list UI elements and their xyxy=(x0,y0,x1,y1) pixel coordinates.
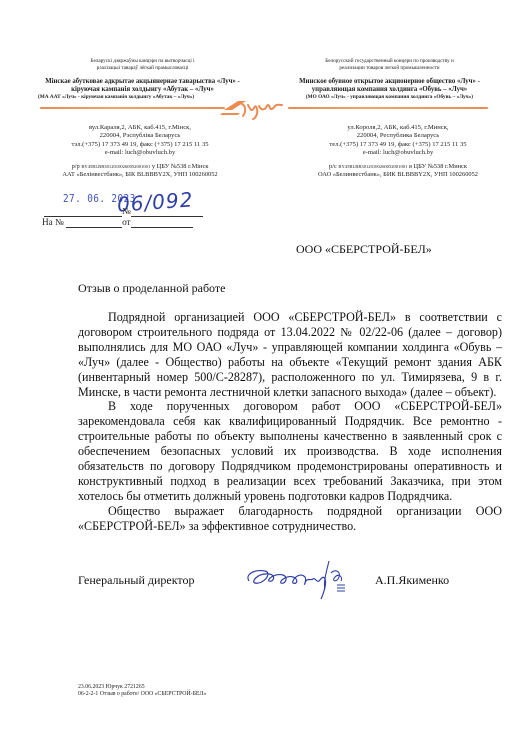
reference-row: На № от xyxy=(42,217,193,228)
address-left: вул.Караля,2, АБК, каб.415, г.Мінск, 220… xyxy=(40,124,240,179)
from-label: от xyxy=(122,217,131,227)
ministry-line-2: рэалізацыі тавараў лёгкай прамысловасці xyxy=(30,65,255,72)
signer-position: Генеральный директор xyxy=(78,573,195,588)
letterhead-right: Белорусский государственный концерн по п… xyxy=(282,58,497,101)
signer-name: А.П.Якименко xyxy=(375,573,449,588)
bank-account: BY45BLBB30120100260052001001 xyxy=(81,164,150,169)
bank-prefix: р/р xyxy=(72,163,82,170)
reg-number-row: № xyxy=(44,206,203,217)
luch-logo-icon xyxy=(220,96,290,120)
address-line: 220004, Республика Беларусь xyxy=(298,132,498,140)
letterhead-band-left xyxy=(40,107,225,109)
luch-logo xyxy=(220,96,290,120)
bank-account-line: р/р BY45BLBB30120100260052001001 у ЦБУ №… xyxy=(40,163,240,171)
address-line: вул.Караля,2, АБК, каб.415, г.Мінск, xyxy=(40,124,240,132)
footer-info: 23.06.2023 Юрчук 2721265 06-2-2-1 Отзыв … xyxy=(78,684,206,698)
from-blank-line xyxy=(131,219,193,228)
bank-name-line: ОАО «Белинвестбанк», БИК BLBBBY2X, УНП 1… xyxy=(298,171,498,179)
letter-body: Подрядной организацией ООО «СБЕРСТРОЙ-БЕ… xyxy=(78,310,502,534)
address-line: 220004, Рэспубліка Беларусь xyxy=(40,132,240,140)
paragraph: Подрядной организацией ООО «СБЕРСТРОЙ-БЕ… xyxy=(78,310,502,399)
bank-account-line: р/с BY45BLBB30120100260052001001 в ЦБУ №… xyxy=(298,163,498,171)
ministry-line-1: Беларускі дзяржаўны канцэрн па вытворчас… xyxy=(30,58,255,65)
ref-blank-line xyxy=(66,219,122,228)
handwritten-signature xyxy=(243,555,363,605)
email-line: e-mail: luch@obuvluch.by xyxy=(40,149,240,157)
bank-account: BY45BLBB30120100260052001001 xyxy=(338,164,407,169)
ref-label: На № xyxy=(42,217,64,227)
number-blank-line xyxy=(131,208,203,217)
org-name-line-2: кіруючая кампанія холдынгу «Абутак – «Лу… xyxy=(30,86,255,94)
footer-index-line: 06-2-2-1 Отзыв о работе/ ООО «СБЕРСТРОЙ-… xyxy=(78,691,206,698)
ministry-line-2: реализации товаров легкой промышленности xyxy=(282,65,497,72)
address-line: ул.Короля,2, АБК, каб.415, г.Минск, xyxy=(298,124,498,132)
letterhead-left: Беларускі дзяржаўны канцэрн па вытворчас… xyxy=(30,58,255,101)
org-abbr: (МО ОАО «Луч» - управляющая компания хол… xyxy=(282,94,497,101)
paragraph: Общество выражает благодарность подрядно… xyxy=(78,504,502,534)
phone-line: тел.(+375) 17 373 49 19, факс (+375) 17 … xyxy=(298,141,498,149)
signature-icon xyxy=(243,555,363,605)
recipient: ООО «СБЕРСТРОЙ-БЕЛ» xyxy=(296,242,432,257)
phone-line: тэл.(+375) 17 373 49 19, факс (+375) 17 … xyxy=(40,141,240,149)
number-label: № xyxy=(122,206,131,216)
letterhead-band-right xyxy=(288,107,488,109)
org-name-line-1: Минское обувное открытое акционерное общ… xyxy=(282,78,497,86)
subject: Отзыв о проделанной работе xyxy=(78,281,225,296)
address-right: ул.Короля,2, АБК, каб.415, г.Минск, 2200… xyxy=(298,124,498,179)
org-name-line-1: Мінскае абутковае адкрытае акцыянернае т… xyxy=(30,78,255,86)
bank-prefix: р/с xyxy=(329,163,338,170)
date-blank-line xyxy=(44,208,122,217)
bank-suffix: у ЦБУ №538 г.Мінск xyxy=(150,163,208,170)
paragraph: В ходе порученных договором работ ООО «С… xyxy=(78,399,502,503)
ministry-line-1: Белорусский государственный концерн по п… xyxy=(282,58,497,65)
email-line: e-mail: luch@obuvluch.by xyxy=(298,149,498,157)
bank-name-line: ААТ «Белінвестбанк», БІК BLBBBY2X, УНП 1… xyxy=(40,171,240,179)
footer-executor-line: 23.06.2023 Юрчук 2721265 xyxy=(78,684,206,691)
org-name-line-2: управляющая компания холдинга «Обувь – «… xyxy=(282,86,497,94)
bank-suffix: в ЦБУ №538 г.Минск xyxy=(407,163,467,170)
